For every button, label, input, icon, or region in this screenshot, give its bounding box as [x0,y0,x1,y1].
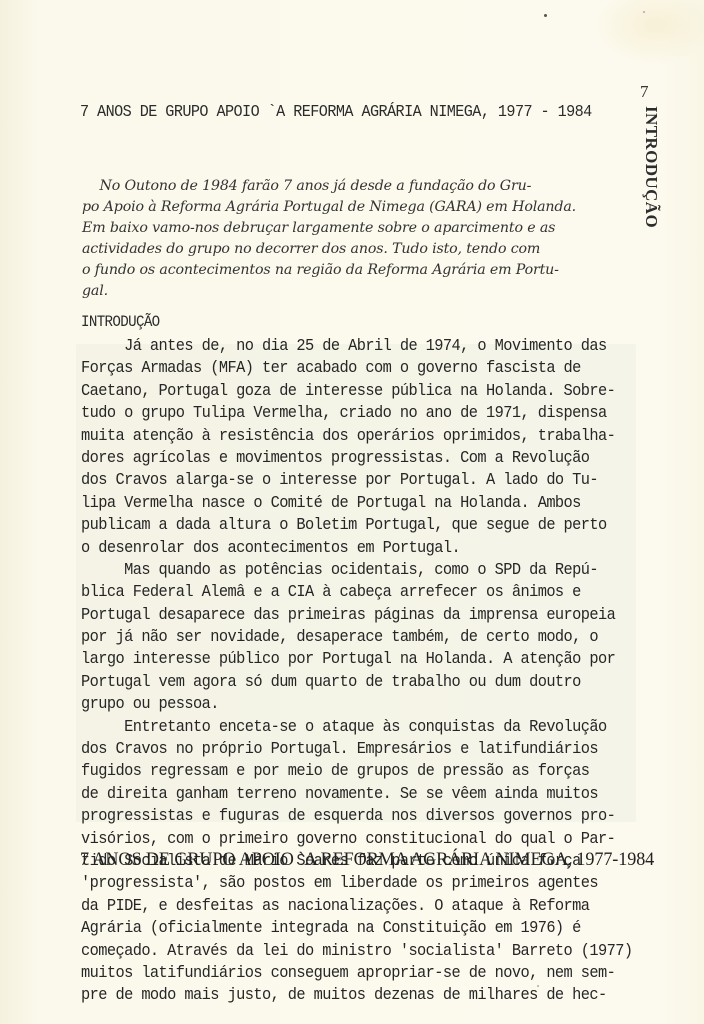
body-line: muitos latifundiários conseguem apropria… [81,962,605,984]
paper-speck [544,14,547,17]
section-heading: INTRODUÇÃO [81,313,160,331]
body-line: dos Cravos no próprio Portugal. Empresár… [81,738,605,760]
body-line: progressistas e fuguras de esquerda nos … [81,805,605,827]
section-tab-label: INTRODUÇÃO [641,106,661,228]
body-line: Portugal vem agora só dum quarto de trab… [81,671,605,693]
intro-line: po Apoio à Reforma Agrária Portugal de N… [82,197,642,218]
intro-line: o fundo os acontecimentos na região da R… [82,260,642,281]
body-line: o desenrolar dos acontecimentos em Portu… [81,537,605,559]
body-line: publicam a dada altura o Boletim Portuga… [81,514,605,536]
body-text: Já antes de, no dia 25 de Abril de 1974,… [81,335,641,1007]
body-line: de direita ganham terreno novamente. Se … [81,783,605,805]
scanned-page: 7 INTRODUÇÃO 7 ANOS DE GRUPO APOIO `A RE… [0,0,704,1024]
body-line: Agrária (oficialmente integrada na Const… [81,917,605,939]
body-line: tudo o grupo Tulipa Vermelha, criado no … [81,402,605,424]
body-line: começado. Através da lei do ministro 'so… [81,940,605,962]
body-line: visórios, com o primeiro governo constit… [81,828,605,850]
intro-line: gal. [82,281,642,302]
body-line: fugidos regressam e por meio de grupos d… [81,760,605,782]
intro-paragraph: No Outono de 1984 farão 7 anos já desde … [82,176,642,302]
body-line: Mas quando as potências ocidentais, como… [81,559,605,581]
body-line: pre de modo mais justo, de muitos dezena… [81,984,605,1006]
body-line: dores agrícolas e movimentos progressist… [81,447,605,469]
intro-line: actividades do grupo no decorrer dos ano… [82,239,642,260]
document-title: 7 ANOS DE GRUPO APOIO `A REFORMA AGRÁRIA… [80,102,592,121]
body-line: largo interesse público por Portugal na … [81,648,605,670]
body-line: Caetano, Portugal goza de interesse públ… [81,380,605,402]
body-line: muita atenção à resistência dos operário… [81,425,605,447]
body-line: da PIDE, e desfeitas as nacionalizações.… [81,895,605,917]
footer-title: 7 ANOS DE GRUPO APOIO `A REFORMA AGRÁRIA… [80,849,654,871]
body-line: dos Cravos alarga-se o interesse por Por… [81,469,605,491]
body-line: grupo ou pessoa. [81,693,605,715]
paper-speck [643,11,645,13]
intro-line: No Outono de 1984 farão 7 anos já desde … [82,176,642,197]
body-line: lipa Vermelha nasce o Comité de Portugal… [81,492,605,514]
intro-line: Em baixo vamo-nos debruçar largamente so… [82,218,642,239]
body-line: blica Federal Alemâ e a CIA à cabeça arr… [81,581,605,603]
body-line: Entretanto enceta-se o ataque às conquis… [81,716,605,738]
body-line: por já não ser novidade, desaperace tamb… [81,626,605,648]
page-number: 7 [640,82,649,102]
body-line: Já antes de, no dia 25 de Abril de 1974,… [81,335,605,357]
body-line: Forças Armadas (MFA) ter acabado com o g… [81,357,605,379]
body-line: 'progressista', são postos em liberdade … [81,872,605,894]
body-line: Portugal desaparece das primeiras página… [81,604,605,626]
